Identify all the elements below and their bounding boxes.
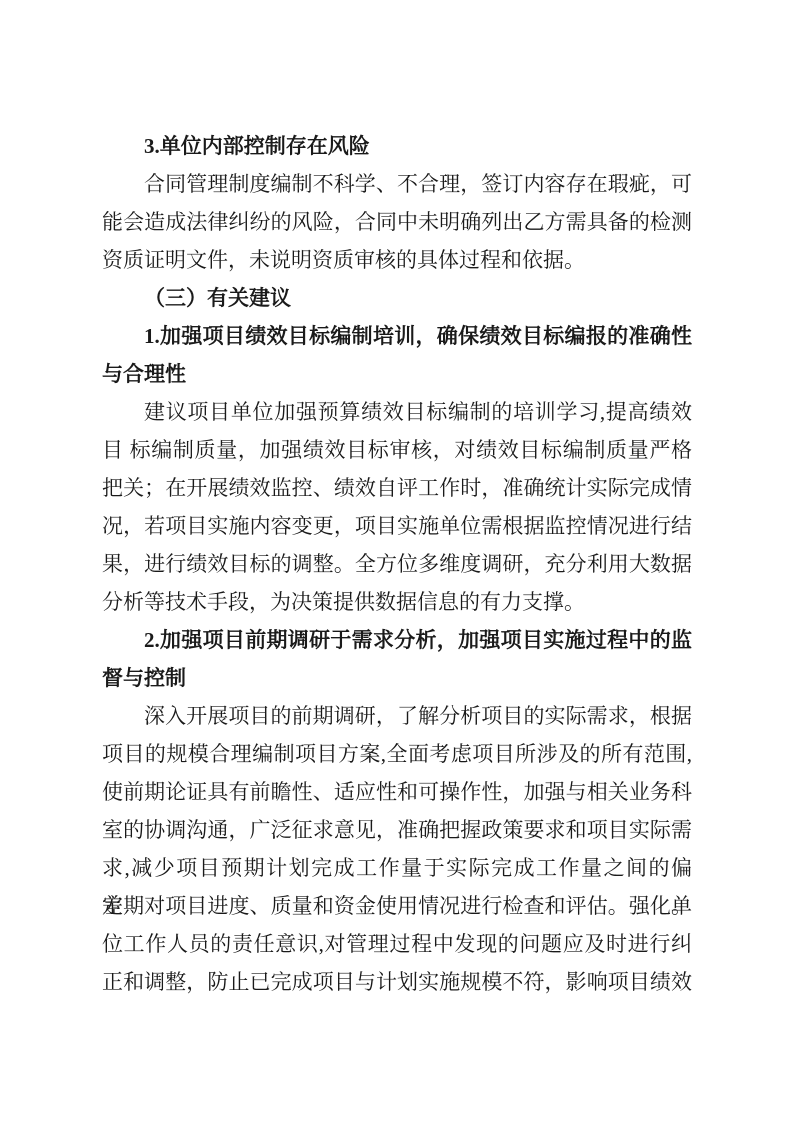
para-risk-line-2: 能会造成法律纠纷的风险，合同中未明确列出乙方需具备的检测 xyxy=(102,203,692,241)
heading-suggestion-2-line-1: 2.加强项目前期调研于需求分析，加强项目实施过程中的监 xyxy=(102,621,692,659)
para-suggestion-1-line-1: 建议项目单位加强预算绩效目标编制的培训学习,提高绩效 xyxy=(102,393,692,431)
para-risk-line-1: 合同管理制度编制不科学、不合理，签订内容存在瑕疵，可 xyxy=(102,165,692,203)
para-suggestion-2-line-5: 求,减少项目预期计划完成工作量于实际完成工作量之间的偏差。 xyxy=(102,849,692,887)
para-suggestion-2-line-8: 正和调整，防止已完成项目与计划实施规模不符，影响项目绩效 xyxy=(102,963,692,1001)
document-page: 3.单位内部控制存在风险 合同管理制度编制不科学、不合理，签订内容存在瑕疵，可 … xyxy=(0,0,793,1122)
para-suggestion-1-line-2: 目 标编制质量，加强绩效目标审核，对绩效目标编制质量严格 xyxy=(102,431,692,469)
para-suggestion-2-line-3: 使前期论证具有前瞻性、适应性和可操作性，加强与相关业务科 xyxy=(102,773,692,811)
para-suggestion-2-line-7: 位工作人员的责任意识,对管理过程中发现的问题应及时进行纠 xyxy=(102,925,692,963)
para-suggestion-1-line-3: 把关；在开展绩效监控、绩效自评工作时，准确统计实际完成情 xyxy=(102,469,692,507)
heading-suggestion-2-line-2: 督与控制 xyxy=(102,659,692,697)
para-suggestion-2-line-2: 项目的规模合理编制项目方案,全面考虑项目所涉及的所有范围, xyxy=(102,735,692,773)
heading-suggestion-1-line-1: 1.加强项目绩效目标编制培训，确保绩效目标编报的准确性 xyxy=(102,317,692,355)
heading-section-suggestions: （三）有关建议 xyxy=(102,279,692,317)
heading-risk-3: 3.单位内部控制存在风险 xyxy=(102,127,692,165)
heading-suggestion-1-line-2: 与合理性 xyxy=(102,355,692,393)
para-suggestion-2-line-6: 定期对项目进度、质量和资金使用情况进行检查和评估。强化单 xyxy=(102,887,692,925)
para-suggestion-1-line-5: 果，进行绩效目标的调整。全方位多维度调研，充分利用大数据 xyxy=(102,545,692,583)
document-content: 3.单位内部控制存在风险 合同管理制度编制不科学、不合理，签订内容存在瑕疵，可 … xyxy=(102,127,692,1001)
para-suggestion-2-line-4: 室的协调沟通，广泛征求意见，准确把握政策要求和项目实际需 xyxy=(102,811,692,849)
para-suggestion-1-line-6: 分析等技术手段，为决策提供数据信息的有力支撑。 xyxy=(102,583,692,621)
para-risk-line-3: 资质证明文件，未说明资质审核的具体过程和依据。 xyxy=(102,241,692,279)
para-suggestion-2-line-1: 深入开展项目的前期调研，了解分析项目的实际需求，根据 xyxy=(102,697,692,735)
para-suggestion-1-line-4: 况，若项目实施内容变更，项目实施单位需根据监控情况进行结 xyxy=(102,507,692,545)
